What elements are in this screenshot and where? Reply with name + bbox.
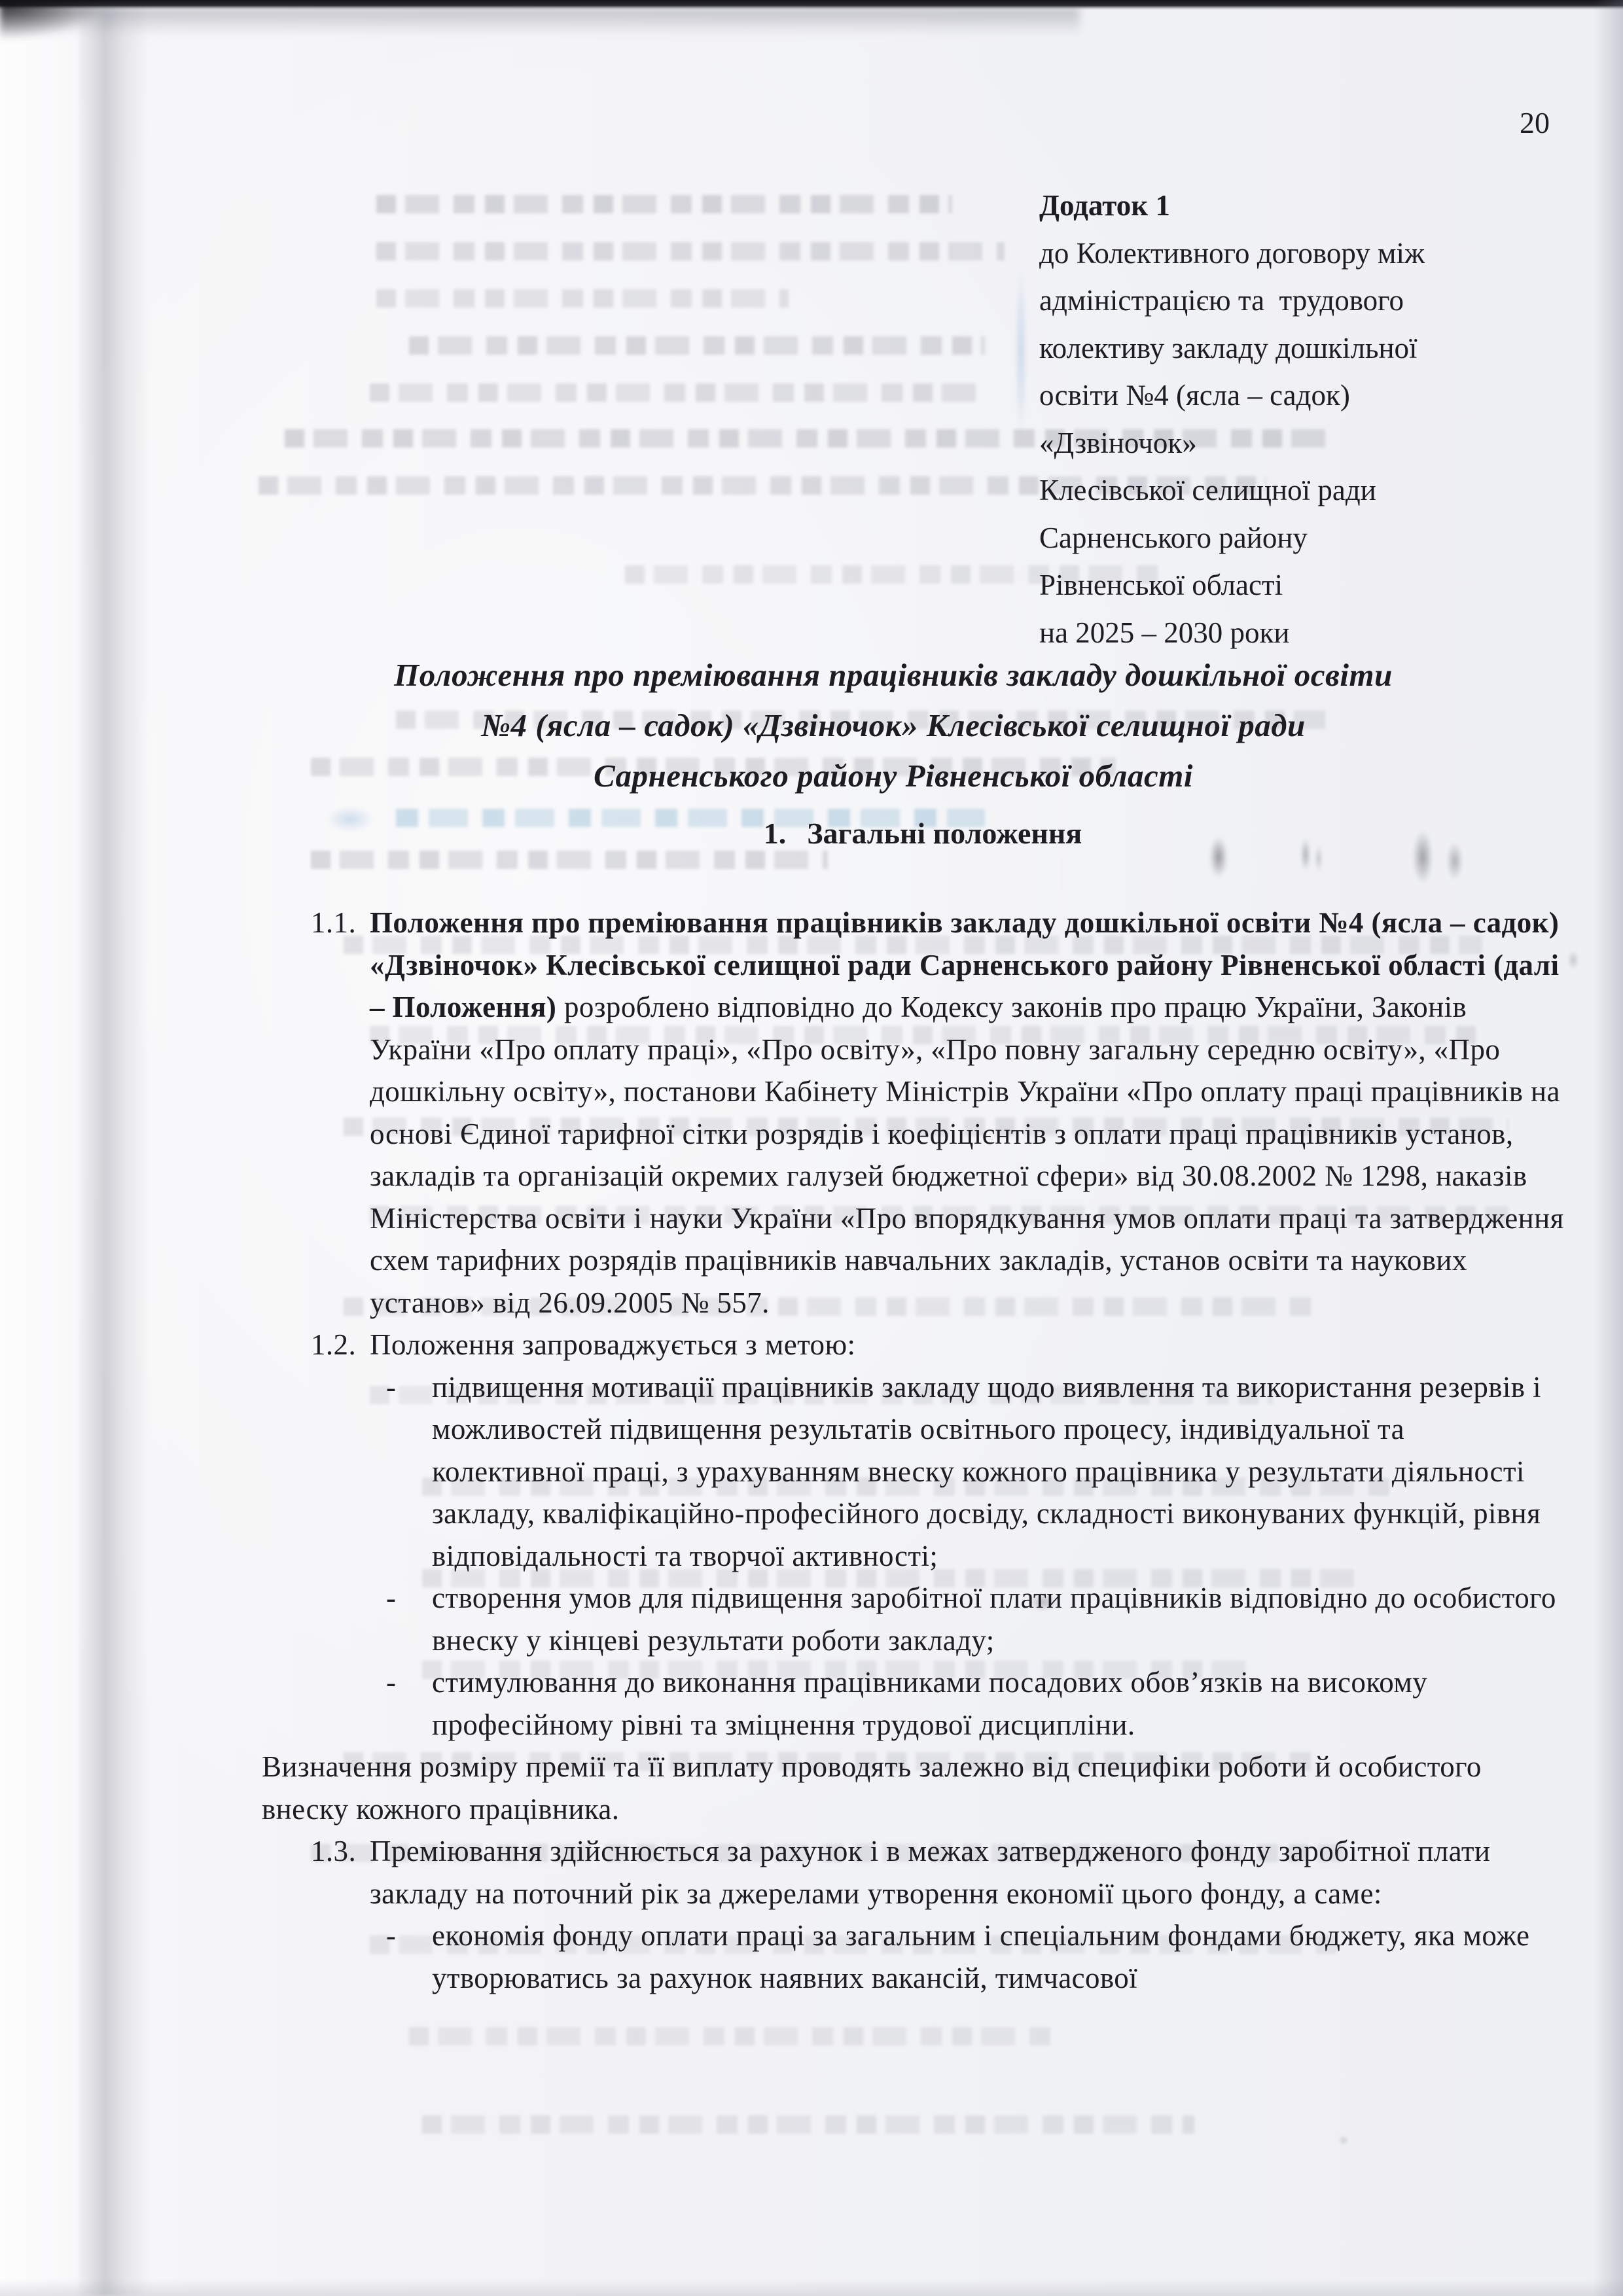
clause-1-1-text: розроблено відповідно до Кодексу законів… xyxy=(370,991,1564,1319)
document-body: 1.1. Положення про преміювання працівник… xyxy=(262,902,1564,1999)
title-line: Сарненського району Рівненської області xyxy=(281,751,1505,801)
source-item-text: економія фонду оплати праці за загальним… xyxy=(432,1919,1529,1994)
appendix-header-block: Додаток 1 до Колективного договору між а… xyxy=(1039,182,1609,656)
clause-number: 1.3. xyxy=(311,1830,356,1873)
appendix-header-line: «Дзвіночок» xyxy=(1039,419,1609,467)
appendix-header-line: до Колективного договору між xyxy=(1039,230,1609,277)
top-left-scan-corner xyxy=(0,0,105,39)
title-line: №4 (ясла – садок) «Дзвіночок» Клесівсько… xyxy=(281,700,1505,751)
clause-number: 1.2. xyxy=(311,1324,356,1366)
goal-item: - стимулювання до виконання працівниками… xyxy=(262,1661,1564,1746)
goal-item-text: підвищення мотивації працівників закладу… xyxy=(432,1371,1541,1572)
appendix-header-line: колективу закладу дошкільної xyxy=(1039,325,1609,372)
title-line: Положення про преміювання працівників за… xyxy=(281,650,1505,700)
source-item: - економія фонду оплати праці за загальн… xyxy=(262,1915,1564,1999)
bottom-scan-edge xyxy=(0,2279,1623,2296)
section-heading-text: Загальні положення xyxy=(807,817,1082,850)
goal-item: - підвищення мотивації працівників закла… xyxy=(262,1366,1564,1578)
document-content: 20 Додаток 1 до Колективного договору мі… xyxy=(0,0,1623,2296)
clause-number: 1.1. xyxy=(311,902,356,944)
appendix-header-line: Клесівської селищної ради xyxy=(1039,467,1609,514)
bullet-dash: - xyxy=(386,1366,396,1409)
bullet-dash: - xyxy=(386,1577,396,1619)
clause-1-2: 1.2. Положення запроваджується з метою: xyxy=(262,1324,1564,1366)
clause-1-3-text: Преміювання здійснюється за рахунок і в … xyxy=(370,1835,1490,1910)
section-heading: 1.Загальні положення xyxy=(281,815,1564,852)
appendix-header-line: освіти №4 (ясла – садок) xyxy=(1039,372,1609,419)
scanned-document-page: 20 Додаток 1 до Колективного договору мі… xyxy=(0,0,1623,2296)
goal-item-text: створення умов для підвищення заробітної… xyxy=(432,1581,1556,1657)
appendix-header-line: Сарненського району xyxy=(1039,514,1609,562)
unnumbered-paragraph: Визначення розміру премії та її виплату … xyxy=(262,1746,1564,1830)
appendix-header-line: Додаток 1 xyxy=(1039,182,1609,230)
goal-item: - створення умов для підвищення заробітн… xyxy=(262,1577,1564,1661)
page-number: 20 xyxy=(1433,106,1550,140)
right-scan-edge xyxy=(1593,0,1623,2296)
clause-1-3: 1.3. Преміювання здійснюється за рахунок… xyxy=(262,1830,1564,1915)
top-scan-shadow xyxy=(0,8,1080,35)
top-scan-edge xyxy=(0,0,1623,10)
bullet-dash: - xyxy=(386,1915,396,1957)
goal-item-text: стимулювання до виконання працівниками п… xyxy=(432,1666,1427,1741)
clause-1-2-text: Положення запроваджується з метою: xyxy=(370,1328,855,1361)
appendix-header-line: Рівненської області xyxy=(1039,561,1609,609)
appendix-header-line: адміністрацією та трудового xyxy=(1039,277,1609,325)
section-number: 1. xyxy=(764,817,787,850)
document-title: Положення про преміювання працівників за… xyxy=(281,650,1505,801)
bullet-dash: - xyxy=(386,1661,396,1704)
clause-1-1: 1.1. Положення про преміювання працівник… xyxy=(262,902,1564,1324)
